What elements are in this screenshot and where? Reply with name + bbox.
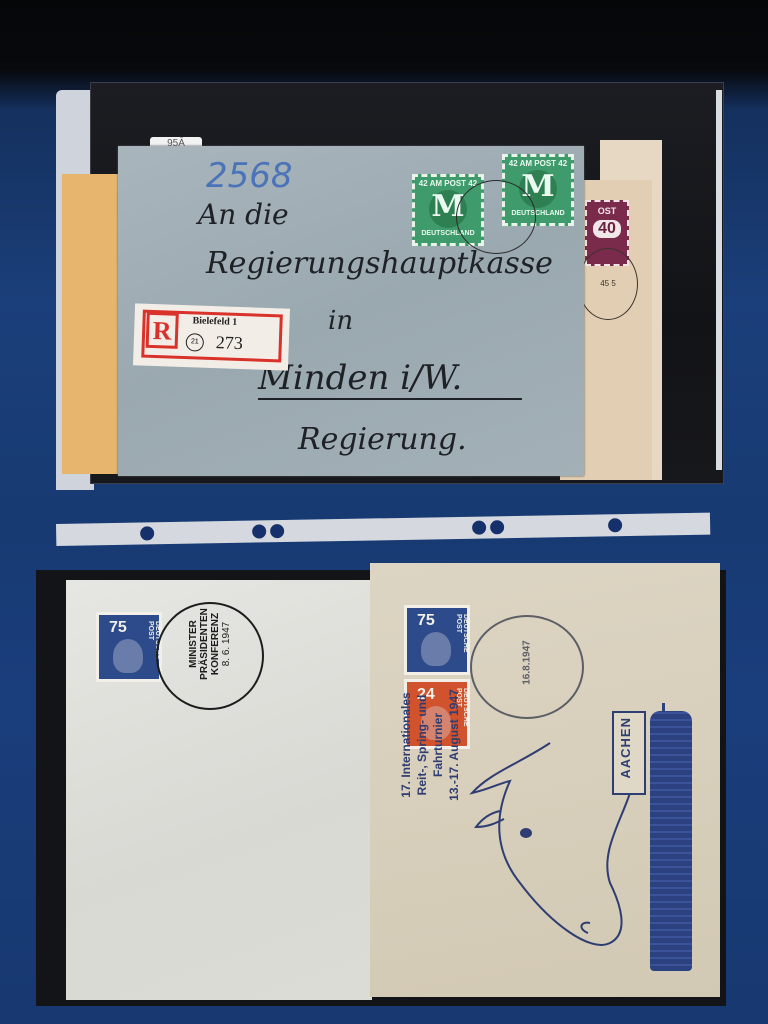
aachen-tournament-postmark: 16.8.1947 bbox=[470, 615, 584, 719]
aachen-banner: AACHEN bbox=[612, 711, 646, 795]
portrait bbox=[421, 632, 451, 666]
punch-hole bbox=[140, 526, 154, 540]
punch-hole bbox=[252, 524, 266, 538]
address-line-5: Regierung. bbox=[298, 422, 467, 457]
portrait bbox=[113, 639, 143, 673]
left-cover: 75 DEUTSCHE POST MINISTER PRÄSIDENTEN KO… bbox=[66, 580, 372, 1000]
munich-conference-postmark: MINISTER PRÄSIDENTEN KONFERENZ 8. 6. 194… bbox=[156, 602, 264, 710]
punch-hole bbox=[608, 518, 622, 532]
address-line-3: in bbox=[328, 306, 353, 336]
punch-hole bbox=[472, 520, 486, 534]
address-line-4: Minden i/W. bbox=[258, 358, 522, 400]
right-cover: 75 DEUTSCHE POST 24 DEUTSCHE POST 16.8.1… bbox=[370, 563, 720, 997]
registration-label: R Bielefeld 1 21 273 bbox=[133, 303, 290, 370]
pencil-number: 2568 bbox=[206, 156, 293, 196]
aachen-skyline-icon bbox=[650, 711, 692, 971]
punch-hole bbox=[270, 524, 284, 538]
event-caption: 17. Internationales Reit-, Spring- und F… bbox=[398, 665, 462, 825]
registered-cover: 2568 An die Regierungshauptkasse in Mind… bbox=[118, 146, 584, 476]
punch-hole bbox=[490, 520, 504, 534]
sleeve-strip bbox=[716, 90, 722, 470]
address-line-1: An die bbox=[198, 198, 289, 231]
punched-divider-strip bbox=[56, 513, 710, 546]
postmark-fragment: 45 5 bbox=[578, 248, 638, 320]
stamp-75-left: 75 DEUTSCHE POST bbox=[96, 612, 162, 682]
bielefeld-postmark bbox=[456, 180, 536, 254]
